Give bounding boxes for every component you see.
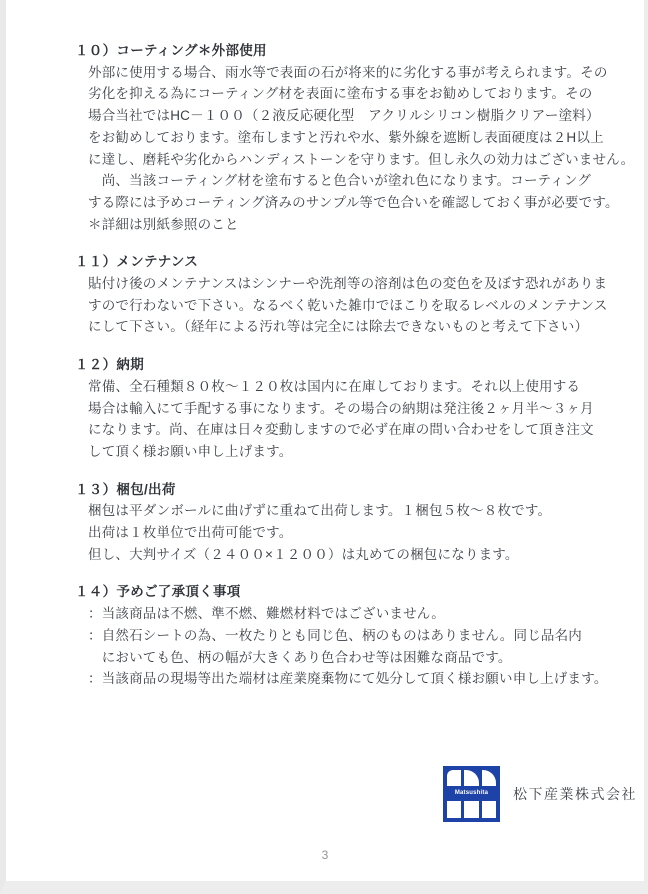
document-body: １０）コーティング＊外部使用 外部に使用する場合、雨水等で表面の石が将来的に劣化… — [75, 40, 618, 706]
section-delivery: １２）納期 常備、全石種類８０枚～１２０枚は国内に在庫しております。それ以上使用… — [75, 354, 618, 463]
logo-window-shape — [464, 801, 478, 818]
body-line: 場合当社ではHC－１００（２液反応硬化型 アクリルシリコン樹脂クリアー塗料） — [75, 105, 618, 127]
body-line: 尚、当該コーティング材を塗布すると色合いが塗れ色になります。コーティング — [75, 170, 618, 192]
matsushita-logo-icon: Matsushita — [443, 766, 500, 822]
body-line: 外部に使用する場合、雨水等で表面の石が将来的に劣化する事が考えられます。その — [75, 62, 618, 84]
body-line: をお勧めしております。塗布しますと汚れや水、紫外線を遮断し表面硬度は２H以上 — [75, 127, 618, 149]
logo-window-shape — [447, 770, 461, 786]
body-line: ：当該商品の現場等出た端材は産業廃棄物にて処分して頂く様お願い申し上げます。 — [75, 668, 618, 690]
logo-window-shape — [447, 801, 461, 818]
logo-window-shape — [482, 801, 496, 818]
logo-window-shape — [482, 770, 496, 786]
body-line: して頂く様お願い申し上げます。 — [75, 441, 618, 463]
document-page: １０）コーティング＊外部使用 外部に使用する場合、雨水等で表面の石が将来的に劣化… — [0, 0, 648, 894]
body-line: 常備、全石種類８０枚～１２０枚は国内に在庫しております。それ以上使用する — [75, 376, 618, 398]
section-notices: １４）予めご了承頂く事項 ：当該商品は不燃、準不燃、難燃材料ではございません。 … — [75, 581, 618, 690]
section-heading: １０）コーティング＊外部使用 — [75, 40, 618, 62]
section-coating: １０）コーティング＊外部使用 外部に使用する場合、雨水等で表面の石が将来的に劣化… — [75, 40, 618, 235]
company-name: 松下産業株式会社 — [513, 784, 637, 804]
body-line: ：当該商品は不燃、準不燃、難燃材料ではございません。 — [75, 603, 618, 625]
section-heading: １１）メンテナンス — [75, 251, 618, 273]
logo-wordmark: Matsushita — [447, 789, 496, 798]
body-line: する際には予めコーティング済みのサンプル等で色合いを確認しておく事が必要です。 — [75, 192, 618, 214]
body-line: においても色、柄の幅が大きくあり色合わせ等は困難な商品です。 — [75, 647, 618, 669]
body-line: すので行わないで下さい。なるべく乾いた雑巾でほこりを取るレベルのメンテナンス — [75, 295, 618, 317]
body-line: ：自然石シートの為、一枚たりとも同じ色、柄のものはありません。同じ品名内 — [75, 625, 618, 647]
body-line: ＊詳細は別紙参照のこと — [75, 214, 618, 236]
logo-window-shape — [464, 770, 478, 786]
body-line: 劣化を抑える為にコーティング材を表面に塗布する事をお勧めしております。その — [75, 83, 618, 105]
section-heading: １４）予めご了承頂く事項 — [75, 581, 618, 603]
body-line: 但し、大判サイズ（２４００×１２００）は丸めての梱包になります。 — [75, 544, 618, 566]
page-number: 3 — [6, 848, 644, 862]
body-line: 場合は輸入にて手配する事になります。その場合の納期は発注後２ヶ月半～３ヶ月 — [75, 398, 618, 420]
body-line: 梱包は平ダンボールに曲げずに重ねて出荷します。１梱包５枚～８枚です。 — [75, 500, 618, 522]
body-line: に達し、磨耗や劣化からハンディストーンを守ります。但し永久の効力はございません。 — [75, 149, 618, 171]
section-heading: １２）納期 — [75, 354, 618, 376]
section-maintenance: １１）メンテナンス 貼付け後のメンテナンスはシンナーや洗剤等の溶剤は色の変色を及… — [75, 251, 618, 338]
body-line: 貼付け後のメンテナンスはシンナーや洗剤等の溶剤は色の変色を及ぼす恐れがありま — [75, 273, 618, 295]
section-heading: １３）梱包/出荷 — [75, 479, 618, 501]
section-packing: １３）梱包/出荷 梱包は平ダンボールに曲げずに重ねて出荷します。１梱包５枚～８枚… — [75, 479, 618, 566]
body-line: 出荷は１枚単位で出荷可能です。 — [75, 522, 618, 544]
body-line: になります。尚、在庫は日々変動しますので必ず在庫の問い合わせをして頂き注文 — [75, 419, 618, 441]
body-line: にして下さい。（経年による汚れ等は完全には除去できないものと考えて下さい） — [75, 316, 618, 338]
company-brand: Matsushita 松下産業株式会社 — [443, 766, 637, 822]
